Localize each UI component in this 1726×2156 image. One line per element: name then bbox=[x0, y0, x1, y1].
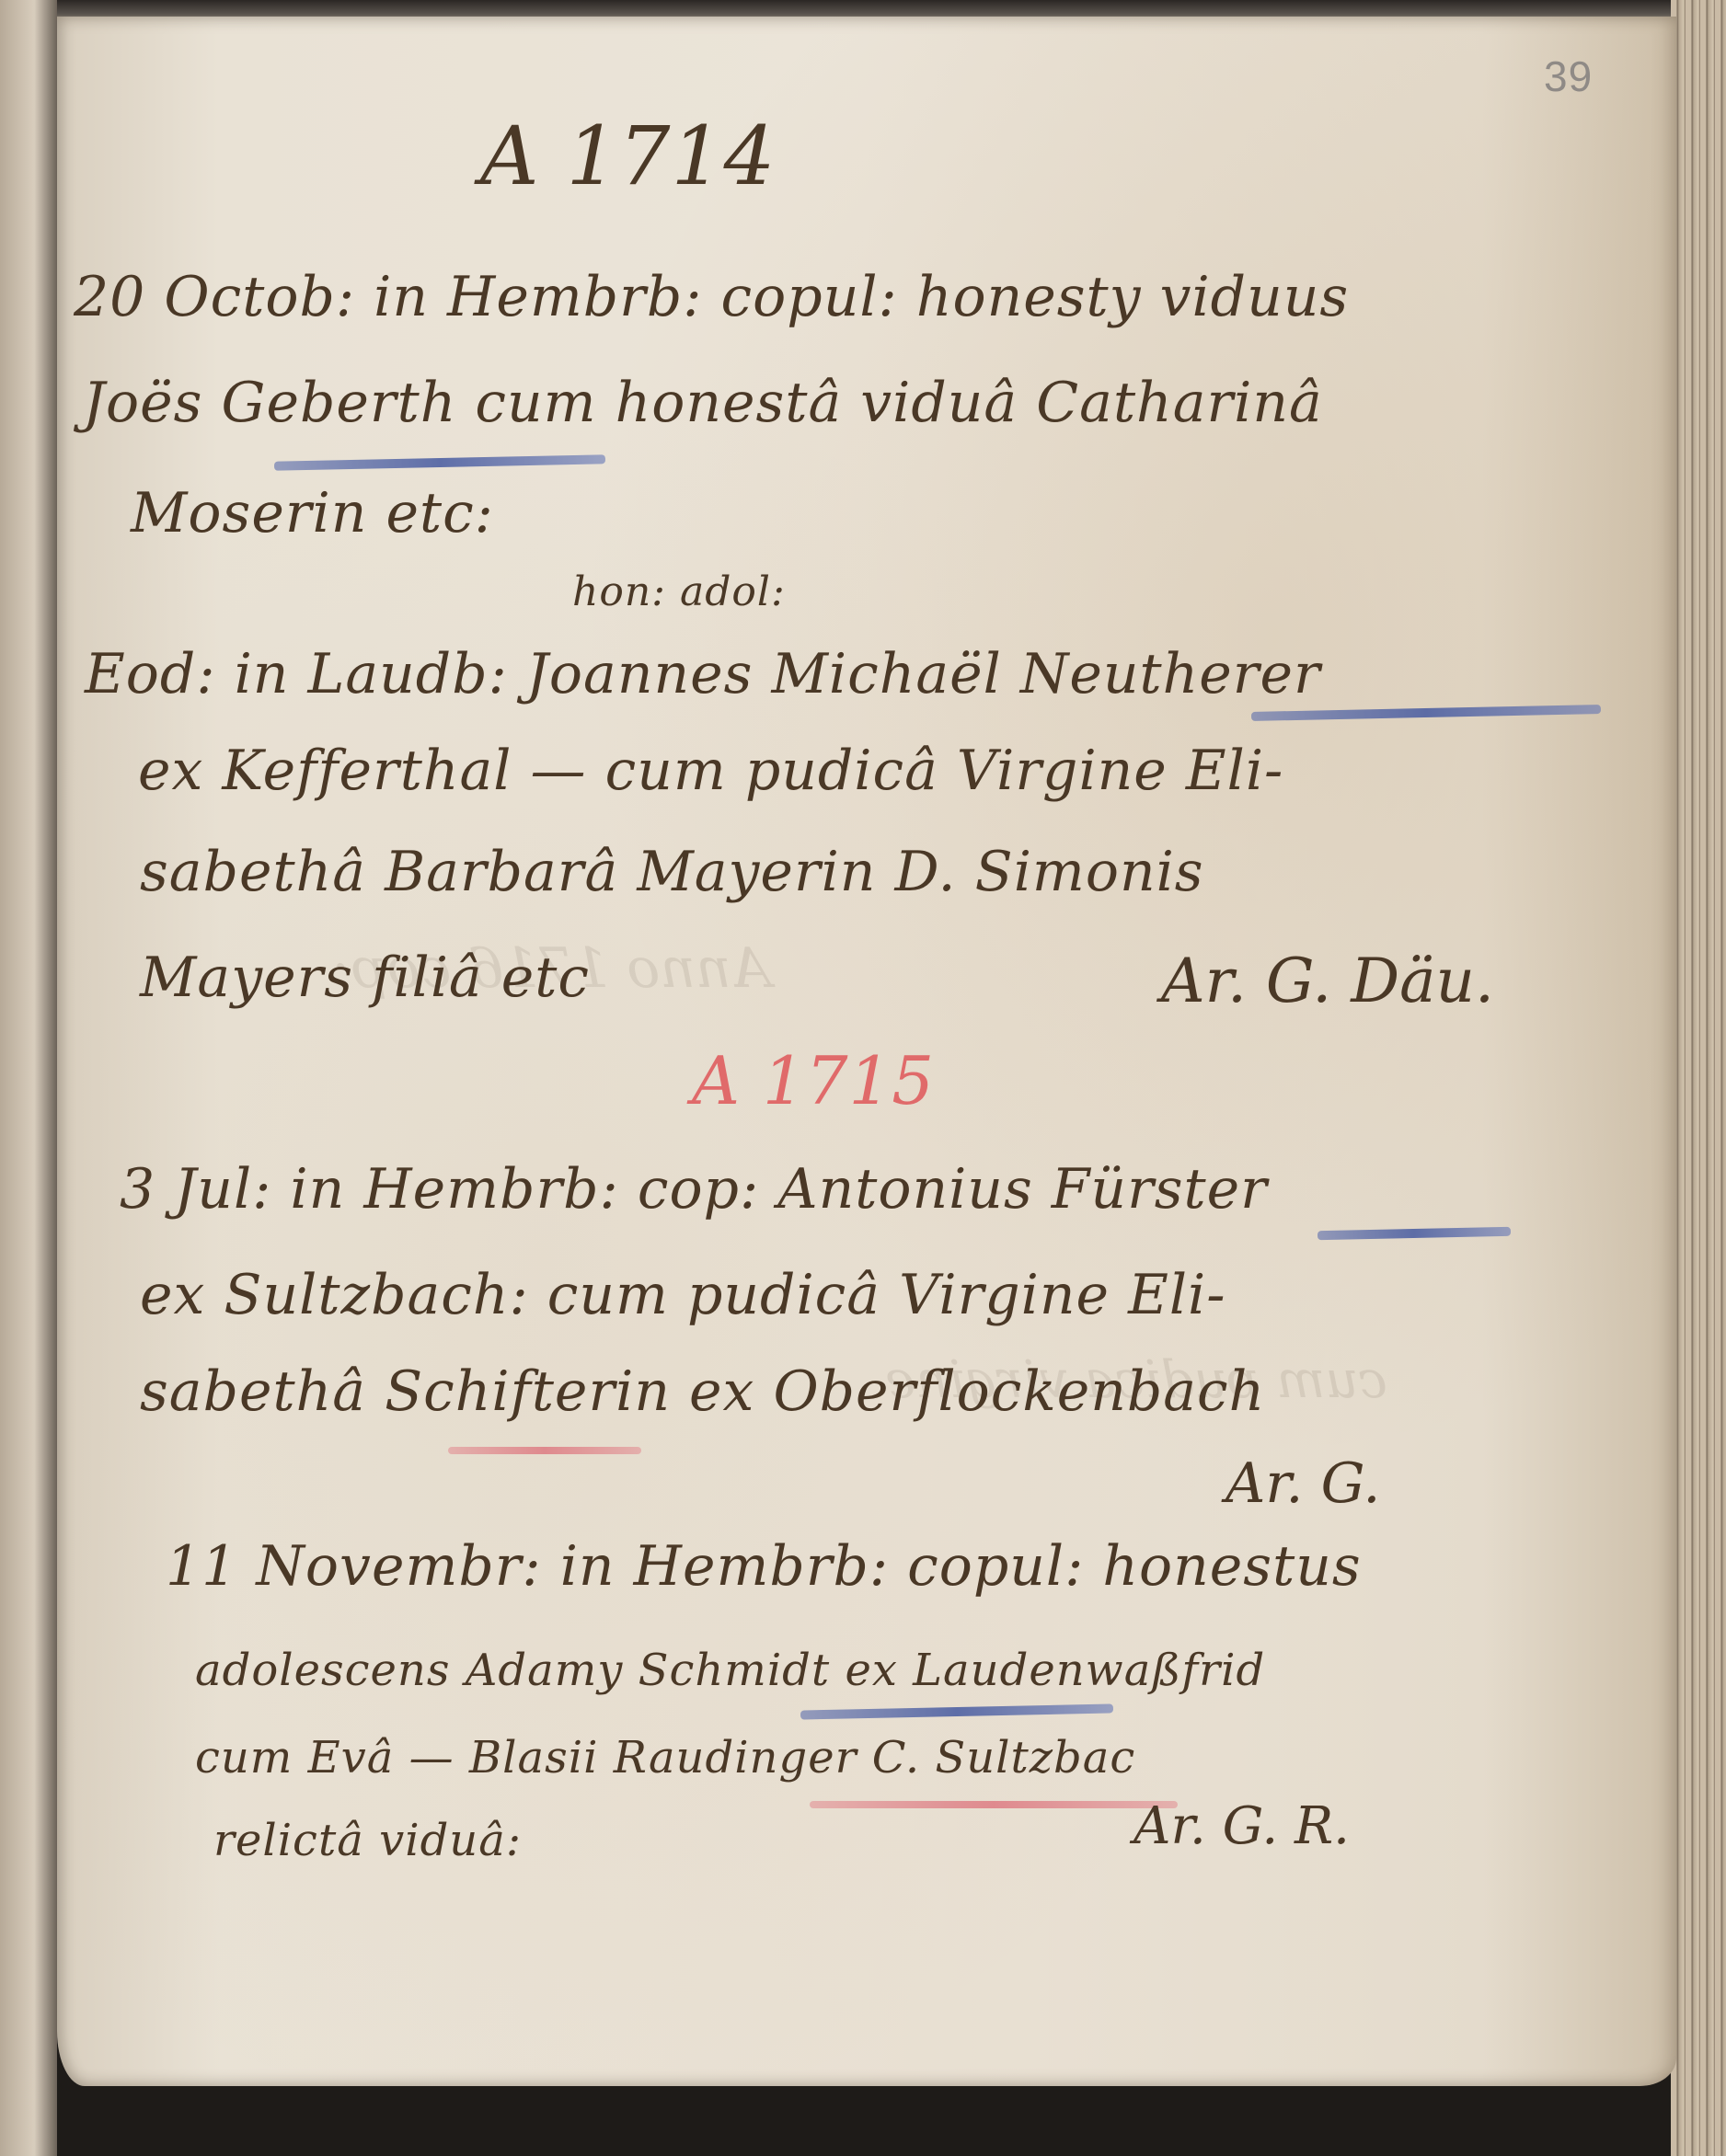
year-heading-1715: A 1715 bbox=[692, 1042, 935, 1119]
facing-page-edge bbox=[0, 0, 57, 2156]
surname-underline-blue bbox=[1318, 1227, 1511, 1240]
bride-underline-red bbox=[448, 1447, 641, 1454]
entry-4-line-4: relictâ viduâ: bbox=[213, 1815, 522, 1866]
entry-2-line-4: Mayers filiâ etc bbox=[140, 946, 590, 1010]
entry-1-line-3: Moserin etc: bbox=[131, 481, 494, 545]
entry-3-line-2: ex Sultzbach: cum pudicâ Virgine Eli- bbox=[140, 1263, 1226, 1327]
year-heading-1714: A 1714 bbox=[480, 109, 776, 203]
entry-4-line-2: adolescens Adamy Schmidt ex Laudenwaßfri… bbox=[195, 1645, 1265, 1696]
page-stack-edge bbox=[1671, 0, 1726, 2156]
entry-4-line-1: 11 Novembr: in Hembrb: copul: honestus bbox=[166, 1534, 1362, 1599]
entry-4-line-3: cum Evâ — Blasii Raudinger C. Sultzbac bbox=[195, 1732, 1135, 1783]
surname-underline-blue bbox=[274, 454, 605, 471]
entry-1-line-2: Joës Geberth cum honestâ viduâ Catharinâ bbox=[83, 371, 1323, 435]
officiant-signature: Ar. G. bbox=[1225, 1451, 1380, 1516]
entry-2-line-1: Eod: in Laudb: Joannes Michaël Neutherer bbox=[85, 642, 1321, 706]
surname-underline-blue bbox=[800, 1703, 1113, 1719]
entry-3-line-1: 3 Jul: in Hembrb: cop: Antonius Fürster bbox=[120, 1157, 1268, 1221]
entry-3-line-3: sabethâ Schifterin ex Oberflockenbach bbox=[140, 1359, 1265, 1424]
manuscript-scan: Anno 1716 cop: cum pudica virgine 39 A 1… bbox=[0, 0, 1726, 2156]
entry-2-line-2: ex Kefferthal — cum pudicâ Virgine Eli- bbox=[138, 739, 1283, 803]
officiant-signature: Ar. G. R. bbox=[1133, 1796, 1350, 1856]
officiant-signature: Ar. G. Däu. bbox=[1161, 946, 1494, 1016]
bride-underline-red bbox=[810, 1801, 1178, 1808]
entry-2-line-3: sabethâ Barbarâ Mayerin D. Simonis bbox=[140, 840, 1204, 904]
surname-underline-blue bbox=[1251, 705, 1601, 721]
entry-2-interlinear: hon: adol: bbox=[572, 568, 786, 615]
folio-number: 39 bbox=[1544, 52, 1593, 101]
register-page: Anno 1716 cop: cum pudica virgine 39 A 1… bbox=[57, 17, 1676, 2086]
entry-1-line-1: 20 Octob: in Hembrb: copul: honesty vidu… bbox=[74, 265, 1349, 329]
